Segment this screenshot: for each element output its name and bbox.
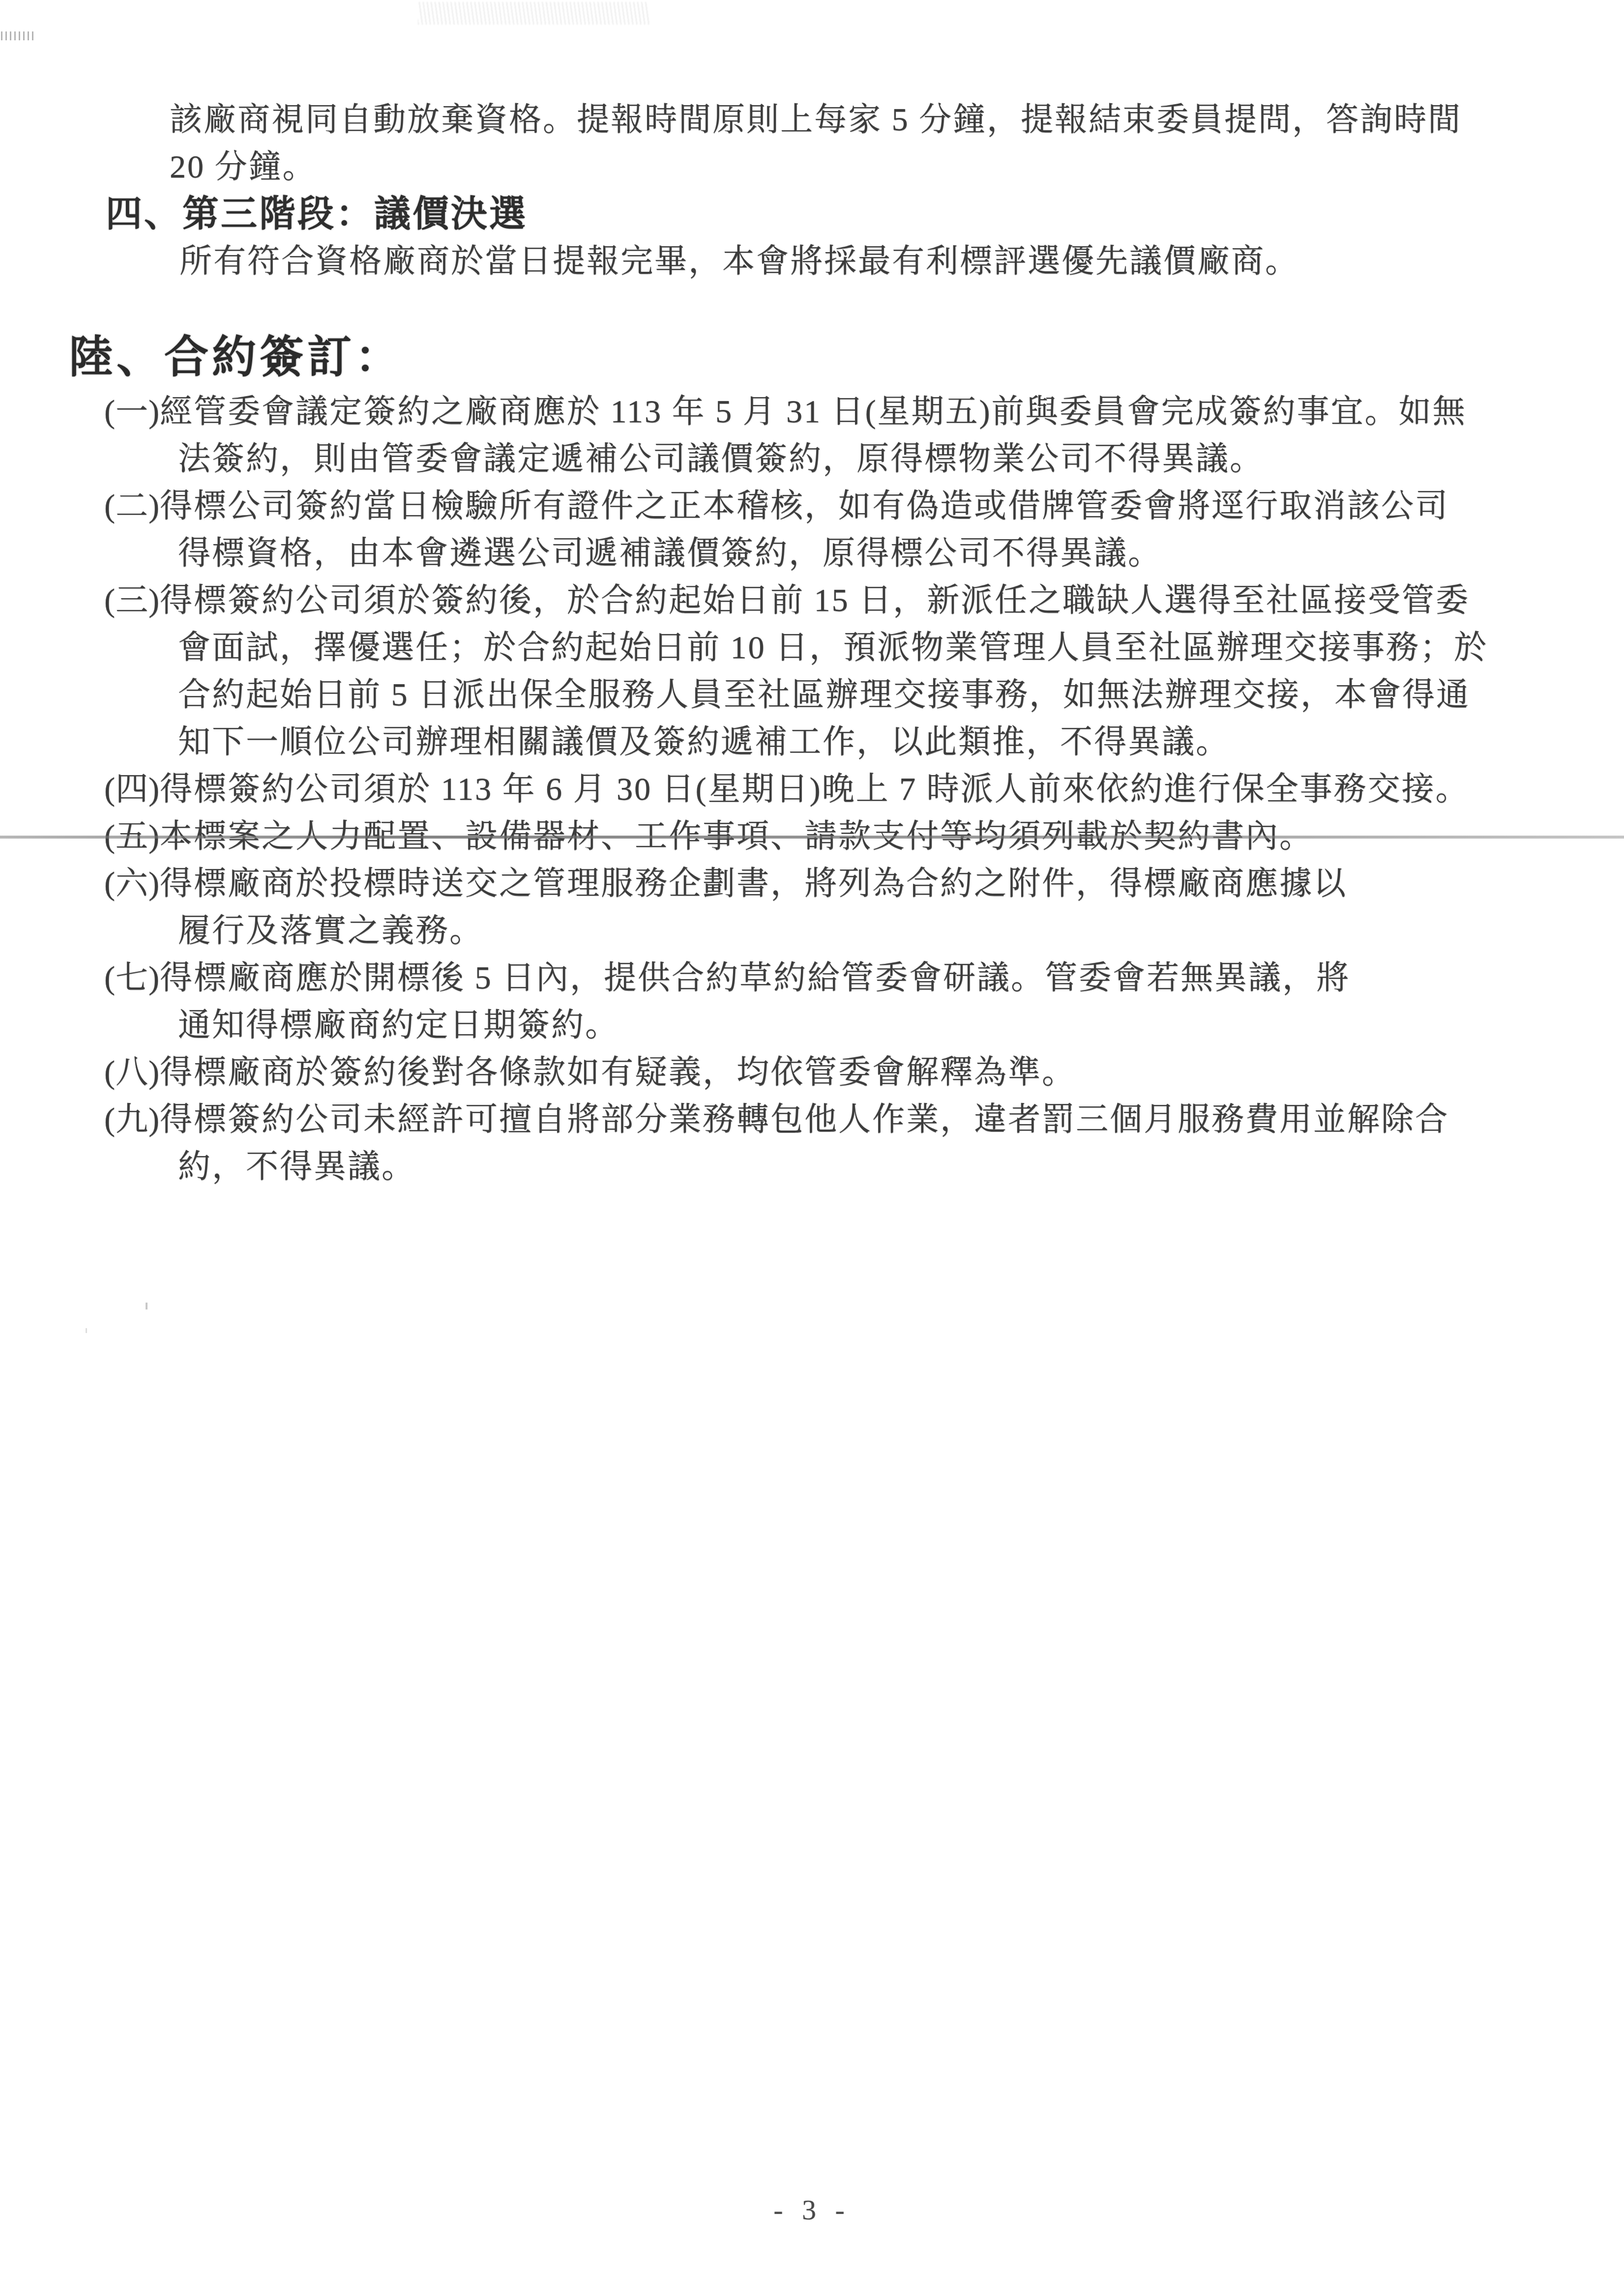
intro-paragraph: 該廠商視同自動放棄資格。提報時間原則上每家 5 分鐘，提報結束委員提問，答詢時間… — [170, 96, 1462, 191]
item-first-line: (七)得標廠商應於開標後 5 日內，提供合約草約給管委會研議。管委會若無異議，將 — [104, 955, 1488, 1002]
item-marker: (三) — [104, 582, 160, 618]
scan-line-artifact — [0, 836, 1624, 839]
item-continuation-line: 會面試，擇優選任；於合約起始日前 10 日，預派物業管理人員至社區辦理交接事務；… — [104, 624, 1488, 671]
intro-line: 該廠商視同自動放棄資格。提報時間原則上每家 5 分鐘，提報結束委員提問，答詢時間 — [170, 96, 1462, 144]
item-marker: (二) — [104, 488, 160, 524]
item-first-line: (八)得標廠商於簽約後對各條款如有疑義，均依管委會解釋為準。 — [104, 1049, 1488, 1096]
contract-item: (三)得標簽約公司須於簽約後，於合約起始日前 15 日，新派任之職缺人選得至社區… — [104, 577, 1488, 766]
scan-artifact-left-edge-mark — [1, 31, 34, 40]
item-text: 得標廠商於投標時送交之管理服務企劃書，將列為合約之附件，得標廠商應據以 — [160, 866, 1347, 901]
item-text: 得標簽約公司未經許可擅自將部分業務轉包他人作業，違者罰三個月服務費用並解除合 — [160, 1102, 1449, 1137]
contract-item: (二)得標公司簽約當日檢驗所有證件之正本稽核，如有偽造或借牌管委會將逕行取消該公… — [104, 483, 1488, 577]
contract-items: (一)經管委會議定簽約之廠商應於 113 年 5 月 31 日(星期五)前與委員… — [104, 388, 1488, 1191]
item-continuation-line: 約，不得異議。 — [104, 1143, 1488, 1191]
item-marker: (七) — [104, 960, 160, 996]
contract-item: (九)得標簽約公司未經許可擅自將部分業務轉包他人作業，違者罰三個月服務費用並解除… — [104, 1096, 1488, 1191]
item-first-line: (四)得標簽約公司須於 113 年 6 月 30 日(星期日)晚上 7 時派人前… — [104, 766, 1488, 813]
item-continuation-line: 知下一順位公司辦理相關議價及簽約遞補工作，以此類推，不得異議。 — [104, 719, 1488, 766]
contract-item: (四)得標簽約公司須於 113 年 6 月 30 日(星期日)晚上 7 時派人前… — [104, 766, 1488, 813]
item-text: 經管委會議定簽約之廠商應於 113 年 5 月 31 日(星期五)前與委員會完成… — [160, 394, 1467, 430]
item-first-line: (九)得標簽約公司未經許可擅自將部分業務轉包他人作業，違者罰三個月服務費用並解除… — [104, 1096, 1488, 1143]
scan-artifact-speck — [146, 1303, 148, 1309]
scan-artifact-speck — [86, 1328, 87, 1333]
document-page: 該廠商視同自動放棄資格。提報時間原則上每家 5 分鐘，提報結束委員提問，答詢時間… — [0, 0, 1624, 2296]
scan-artifact-top-noise — [418, 2, 649, 25]
contract-item: (一)經管委會議定簽約之廠商應於 113 年 5 月 31 日(星期五)前與委員… — [104, 388, 1488, 483]
item-first-line: (二)得標公司簽約當日檢驗所有證件之正本稽核，如有偽造或借牌管委會將逕行取消該公… — [104, 483, 1488, 530]
contract-item: (六)得標廠商於投標時送交之管理服務企劃書，將列為合約之附件，得標廠商應據以履行… — [104, 860, 1488, 955]
contract-item: (七)得標廠商應於開標後 5 日內，提供合約草約給管委會研議。管委會若無異議，將… — [104, 955, 1488, 1049]
item-continuation-line: 通知得標廠商約定日期簽約。 — [104, 1002, 1488, 1049]
item-continuation-line: 履行及落實之義務。 — [104, 907, 1488, 955]
item-continuation-line: 合約起始日前 5 日派出保全服務人員至社區辦理交接事務，如無法辦理交接，本會得通 — [104, 671, 1488, 719]
item-text: 得標廠商應於開標後 5 日內，提供合約草約給管委會研議。管委會若無異議，將 — [160, 960, 1350, 996]
item-continuation-line: 法簽約，則由管委會議定遞補公司議價簽約，原得標物業公司不得異議。 — [104, 436, 1488, 483]
contract-item: (八)得標廠商於簽約後對各條款如有疑義，均依管委會解釋為準。 — [104, 1049, 1488, 1096]
page-number: - 3 - — [0, 2193, 1624, 2226]
item-marker: (一) — [104, 394, 160, 430]
section-four-heading: 四、第三階段：議價決選 — [106, 191, 528, 238]
intro-line: 20 分鐘。 — [170, 144, 1462, 191]
item-marker: (八) — [104, 1054, 160, 1090]
section-six-heading: 陸、合約簽訂： — [69, 330, 403, 385]
item-marker: (四) — [104, 771, 160, 807]
item-text: 得標公司簽約當日檢驗所有證件之正本稽核，如有偽造或借牌管委會將逕行取消該公司 — [160, 488, 1449, 524]
item-first-line: (一)經管委會議定簽約之廠商應於 113 年 5 月 31 日(星期五)前與委員… — [104, 388, 1488, 436]
item-marker: (六) — [104, 866, 160, 901]
item-continuation-line: 得標資格，由本會遴選公司遞補議價簽約，原得標公司不得異議。 — [104, 530, 1488, 577]
item-first-line: (六)得標廠商於投標時送交之管理服務企劃書，將列為合約之附件，得標廠商應據以 — [104, 860, 1488, 907]
item-marker: (九) — [104, 1102, 160, 1137]
item-text: 得標簽約公司須於 113 年 6 月 30 日(星期日)晚上 7 時派人前來依約… — [160, 771, 1470, 807]
item-text: 得標廠商於簽約後對各條款如有疑義，均依管委會解釋為準。 — [160, 1054, 1076, 1090]
item-text: 得標簽約公司須於簽約後，於合約起始日前 15 日，新派任之職缺人選得至社區接受管… — [160, 582, 1470, 618]
section-four-body: 所有符合資格廠商於當日提報完畢，本會將採最有利標評選優先議價廠商。 — [179, 238, 1299, 285]
item-first-line: (三)得標簽約公司須於簽約後，於合約起始日前 15 日，新派任之職缺人選得至社區… — [104, 577, 1488, 624]
